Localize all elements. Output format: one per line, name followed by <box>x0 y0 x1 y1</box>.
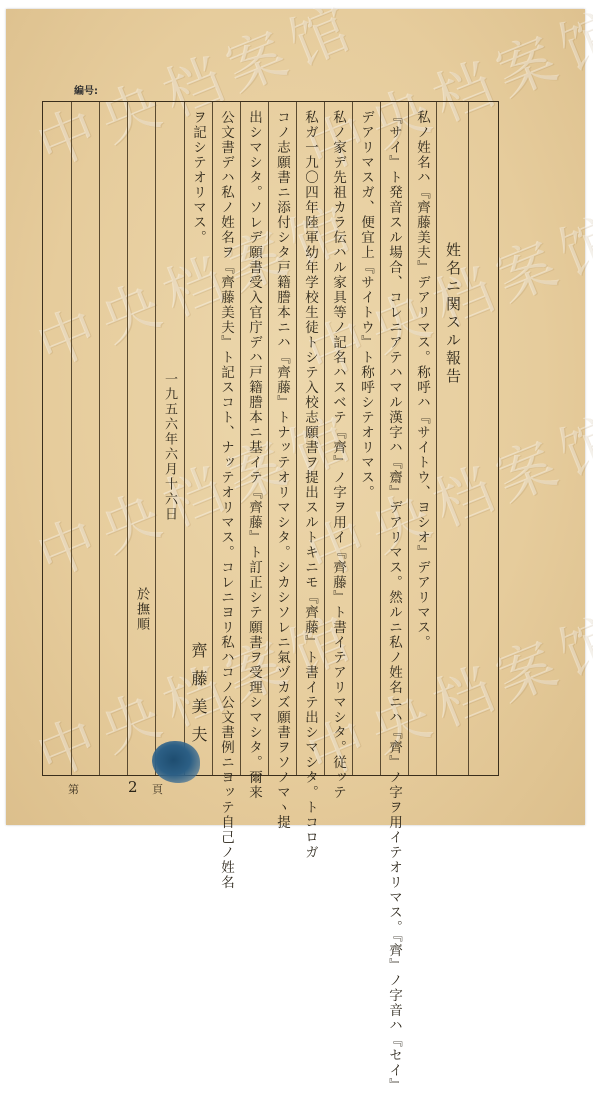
body-line: ヲ記シテオリマス。 <box>184 110 212 245</box>
document-place: 於撫順 <box>127 587 155 632</box>
page-suffix: 頁 <box>152 781 163 797</box>
body-line: 『サイ』ト発音スル場合、コレニアテハマル漢字ハ『齋』デアリマス。然ルニ私ノ姓名ニ… <box>380 110 408 829</box>
signature-name: 齊藤美夫 <box>184 642 212 754</box>
body-line: 私ノ姓名ハ『齊藤美夫』デアリマス。称呼ハ『サイトウ、ヨシオ』デアリマス。 <box>408 110 436 650</box>
ink-seal-stamp <box>152 741 200 783</box>
document-title: 姓名ニ関スル報告 <box>439 242 467 386</box>
page-number: 2 <box>128 778 138 796</box>
body-line: 私ノ家デ先祖カラ伝ハル家具等ノ記名ハスベテ『齊』ノ字ヲ用イ『齊藤』ト書イテアリマ… <box>324 110 352 800</box>
body-line: コノ志願書ニ添付シタ戸籍謄本ニハ『齊藤』トナッテオリマシタ。シカシソレニ氣ヅカズ… <box>268 110 296 829</box>
manuscript-grid: 姓名ニ関スル報告 私ノ姓名ハ『齊藤美夫』デアリマス。称呼ハ『サイトウ、ヨシオ』デ… <box>42 101 499 776</box>
body-line: 公文書デハ私ノ姓名ヲ『齊藤美夫』ト記スコト、ナッテオリマス。コレニヨリ私ハコノ公… <box>212 110 240 829</box>
page-prefix: 第 <box>68 781 79 797</box>
body-line: 出シマシタ。ソレデ願書受入官庁デハ戸籍謄本ニ基イテ『齊藤』ト訂正シテ願書ヲ受理シ… <box>240 110 268 800</box>
body-line: デアリマスガ、便宜上『サイトウ』ト称呼シテオリマス。 <box>352 110 380 500</box>
serial-number-label: 編号: <box>74 82 98 97</box>
document-date: 一九五六年六月十六日 <box>155 372 183 522</box>
body-line: 私ガ一九〇四年陸軍幼年学校生徒トシテ入校志願書ヲ提出スルトキニモ『齊藤』ト書イテ… <box>296 110 324 829</box>
